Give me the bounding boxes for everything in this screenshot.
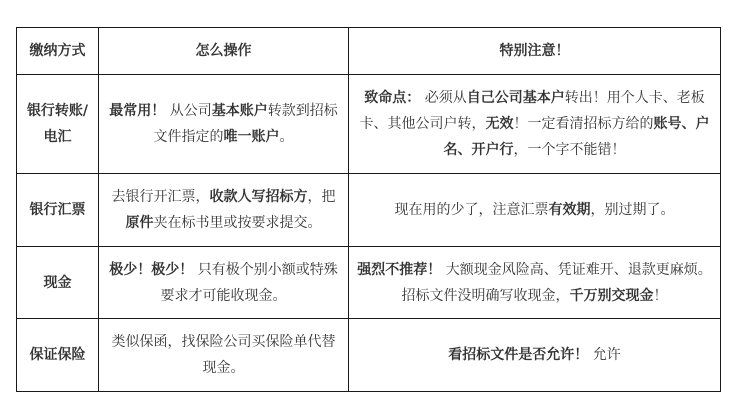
method-label-line1: 银行转账/ xyxy=(27,103,88,119)
table-row-bank-transfer: 银行转账/电汇 最常用！ 从公司基本账户转款到招标文件指定的唯一账户。 致命点：… xyxy=(17,75,721,174)
body-text: 允许 xyxy=(588,347,620,363)
body-text: ，一个字不能错！ xyxy=(514,142,626,158)
emphasis-text: 强烈不推荐！ xyxy=(357,262,441,278)
method-cell: 现金 xyxy=(17,247,99,319)
note-cell: 致命点： 必须从自己公司基本户转出！用个人卡、老板卡、其他公司户转，无效！一定看… xyxy=(349,75,721,174)
method-cell: 银行转账/电汇 xyxy=(17,75,99,174)
emphasis-text: 看招标文件是否允许！ xyxy=(448,347,588,363)
body-text: 现在用的少了，注意汇票 xyxy=(395,202,549,218)
how-cell: 最常用！ 从公司基本账户转款到招标文件指定的唯一账户。 xyxy=(99,75,349,174)
body-text: 夹在标书里或按要求提交。 xyxy=(154,215,322,231)
emphasis-text: 原件 xyxy=(126,215,154,231)
body-text: 从公司 xyxy=(165,103,211,119)
emphasis-text: 致命点： xyxy=(364,90,420,106)
emphasis-text: 收款人写招标方 xyxy=(210,189,308,205)
how-cell: 去银行开汇票，收款人写招标方，把原件夹在标书里或按要求提交。 xyxy=(99,174,349,247)
note-cell: 现在用的少了，注意汇票有效期，别过期了。 xyxy=(349,174,721,247)
emphasis-text: 唯一账户 xyxy=(224,129,280,145)
table-row-guarantee-insurance: 保证保险 类似保函，找保险公司买保险单代替现金。 看招标文件是否允许！ 允许 xyxy=(17,319,721,392)
table-header-row: 缴纳方式 怎么操作 特别注意！ xyxy=(17,28,721,75)
emphasis-text: 最常用！ xyxy=(109,103,165,119)
note-cell: 强烈不推荐！ 大额现金风险高、凭证难开、退款更麻烦。招标文件没明确写收现金，千万… xyxy=(349,247,721,319)
body-text: ！ xyxy=(654,288,668,304)
emphasis-text: 无效 xyxy=(486,116,514,132)
header-special-notes: 特别注意！ xyxy=(349,28,721,75)
table-row-bank-draft: 银行汇票 去银行开汇票，收款人写招标方，把原件夹在标书里或按要求提交。 现在用的… xyxy=(17,174,721,247)
method-label-line2: 电汇 xyxy=(44,129,72,145)
method-cell: 保证保险 xyxy=(17,319,99,392)
table-row-cash: 现金 极少！极少！ 只有极个别小额或特殊要求才可能收现金。 强烈不推荐！ 大额现… xyxy=(17,247,721,319)
body-text: ，把 xyxy=(308,189,336,205)
emphasis-text: 自己公司基本户 xyxy=(467,90,565,106)
body-text: 去银行开汇票， xyxy=(112,189,210,205)
emphasis-text: 有效期 xyxy=(549,202,591,218)
header-payment-method: 缴纳方式 xyxy=(17,28,99,75)
deposit-payment-table: 缴纳方式 怎么操作 特别注意！ 银行转账/电汇 最常用！ 从公司基本账户转款到招… xyxy=(16,27,721,392)
body-text: 必须从 xyxy=(420,90,466,106)
how-cell: 类似保函，找保险公司买保险单代替现金。 xyxy=(99,319,349,392)
note-cell: 看招标文件是否允许！ 允许 xyxy=(349,319,721,392)
body-text: 类似保函，找保险公司买保险单代替现金。 xyxy=(112,334,336,376)
header-how-to-operate: 怎么操作 xyxy=(99,28,349,75)
emphasis-text: 基本账户 xyxy=(212,103,268,119)
method-cell: 银行汇票 xyxy=(17,174,99,247)
body-text: ，别过期了。 xyxy=(591,202,675,218)
emphasis-text: 极少！极少！ xyxy=(109,262,193,278)
how-cell: 极少！极少！ 只有极个别小额或特殊要求才可能收现金。 xyxy=(99,247,349,319)
body-text: 。 xyxy=(280,129,294,145)
emphasis-text: 千万别交现金 xyxy=(570,288,654,304)
body-text: ！一定看清招标方给的 xyxy=(514,116,654,132)
